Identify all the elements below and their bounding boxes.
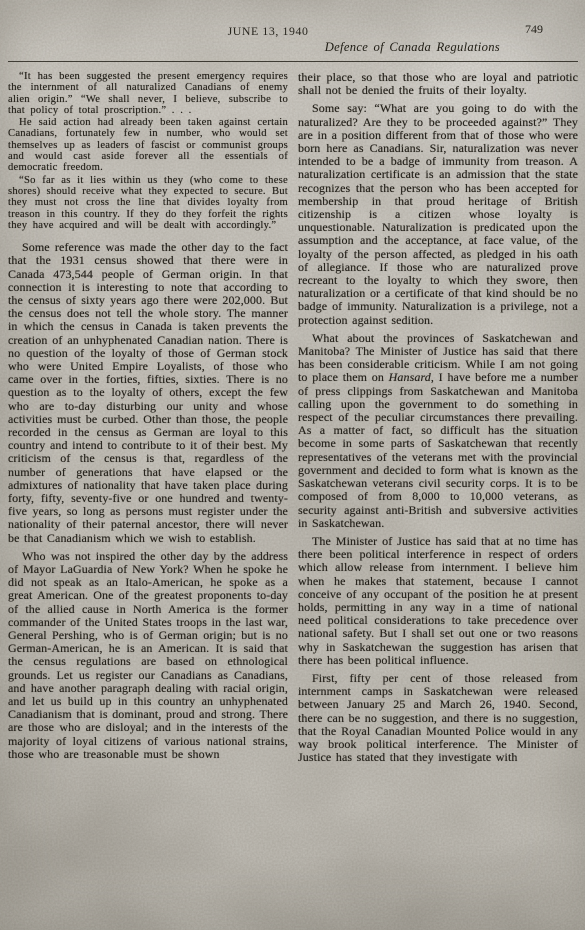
running-title: Defence of Canada Regulations	[325, 40, 500, 55]
paragraph: What about the provinces of Saskatchewan…	[298, 332, 578, 530]
header-date: JUNE 13, 1940	[0, 24, 536, 39]
paragraph: “So far as it lies within us they (who c…	[8, 175, 288, 231]
paragraph: First, fifty per cent of those released …	[298, 672, 578, 764]
document-page: JUNE 13, 1940 749 Defence of Canada Regu…	[0, 0, 585, 930]
left-column: “It has been suggested the present emerg…	[8, 71, 288, 764]
page-header: JUNE 13, 1940 749 Defence of Canada Regu…	[0, 0, 585, 62]
paragraph: their place, so that those who are loyal…	[298, 71, 578, 97]
paragraph: “It has been suggested the present emerg…	[8, 71, 288, 116]
italic-text: Hansard	[389, 370, 431, 384]
header-rule	[8, 61, 578, 62]
paragraph: The Minister of Justice has said that at…	[298, 535, 578, 667]
paragraph: Some reference was made the other day to…	[8, 241, 288, 545]
text-columns: “It has been suggested the present emerg…	[0, 62, 585, 764]
text-run: , I have before me a number of press cli…	[298, 370, 578, 529]
paragraph: He said action had already been taken ag…	[8, 117, 288, 173]
page-content: JUNE 13, 1940 749 Defence of Canada Regu…	[0, 0, 585, 764]
right-column: their place, so that those who are loyal…	[298, 71, 578, 764]
paragraph: Who was not inspired the other day by th…	[8, 550, 288, 761]
page-number: 749	[525, 22, 543, 37]
paragraph: Some say: “What are you going to do with…	[298, 102, 578, 326]
